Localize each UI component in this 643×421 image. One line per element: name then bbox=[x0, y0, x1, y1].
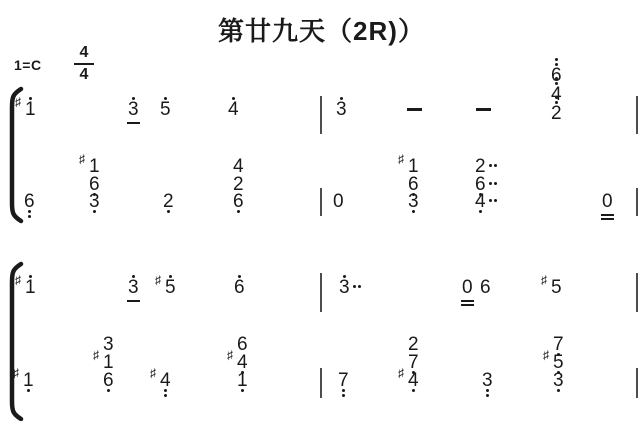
octave-dot-above bbox=[132, 97, 135, 100]
note-6: 6 bbox=[233, 192, 244, 211]
note-number: 6 bbox=[233, 192, 244, 211]
octave-dot-below bbox=[28, 210, 31, 213]
octave-dot-below bbox=[342, 394, 345, 397]
note-number: 3 bbox=[89, 192, 100, 211]
octave-dot-above bbox=[169, 275, 172, 278]
note-number: 3 bbox=[482, 371, 493, 390]
note-number: 1 bbox=[25, 100, 36, 119]
sharp-icon: ♯ bbox=[79, 153, 85, 165]
note-number: 2 bbox=[163, 192, 174, 211]
barline bbox=[320, 96, 322, 134]
sharp-icon: ♯ bbox=[150, 367, 156, 379]
duration-dot bbox=[494, 199, 497, 202]
note-number: 6 bbox=[234, 278, 245, 297]
barline bbox=[636, 188, 638, 216]
note-3: 3 bbox=[408, 192, 419, 211]
note-number: 4 bbox=[228, 100, 239, 119]
duration-dot bbox=[353, 285, 356, 288]
octave-dot-above bbox=[29, 97, 32, 100]
note-number: 5 bbox=[551, 278, 562, 297]
octave-dot-above bbox=[555, 96, 558, 99]
barline bbox=[636, 368, 638, 398]
note-number: 2 bbox=[551, 104, 562, 123]
octave-dot-below bbox=[342, 389, 345, 392]
dash-bar bbox=[476, 108, 491, 111]
octave-dot-above bbox=[555, 77, 558, 80]
note-7: 7 bbox=[338, 371, 349, 390]
barline bbox=[320, 273, 322, 312]
note-number: 7 bbox=[338, 371, 349, 390]
barline bbox=[636, 96, 638, 134]
duration-dot bbox=[494, 164, 497, 167]
octave-dot-above bbox=[343, 275, 346, 278]
note-number: 1 bbox=[25, 278, 36, 297]
note-number: 3 bbox=[336, 100, 347, 119]
sharp-icon: ♯ bbox=[15, 274, 21, 286]
octave-dot-above bbox=[555, 101, 558, 104]
note-number: 3 bbox=[128, 278, 139, 297]
rest-note: 0 bbox=[462, 278, 473, 297]
note-3: 3 bbox=[128, 278, 139, 297]
note-6: 6 bbox=[103, 371, 114, 390]
rest-note: 0 bbox=[602, 192, 613, 211]
note-2: 2 bbox=[163, 192, 174, 211]
octave-dot-below bbox=[164, 389, 167, 392]
note-3: 3 bbox=[482, 371, 493, 390]
duration-dot bbox=[489, 199, 492, 202]
duration-dot bbox=[489, 164, 492, 167]
note-number: 5 bbox=[165, 278, 176, 297]
sharp-icon: ♯ bbox=[13, 367, 19, 379]
sharp-icon: ♯ bbox=[15, 96, 21, 108]
note-number: 6 bbox=[103, 371, 114, 390]
octave-dot-below bbox=[107, 389, 110, 392]
beam-underline bbox=[127, 300, 140, 302]
sharp-icon: ♯ bbox=[398, 153, 404, 165]
note-1: 1♯ bbox=[25, 278, 36, 297]
octave-dot-above bbox=[340, 97, 343, 100]
octave-dot-above bbox=[29, 275, 32, 278]
note-number: 3 bbox=[553, 371, 564, 390]
octave-dot-above bbox=[555, 82, 558, 85]
note-number: 0 bbox=[602, 192, 613, 211]
octave-dot-below bbox=[93, 210, 96, 213]
note-5: 5♯ bbox=[165, 278, 176, 297]
duration-dot bbox=[494, 182, 497, 185]
octave-dot-below bbox=[412, 389, 415, 392]
rest-note: 0 bbox=[333, 192, 344, 211]
sharp-icon: ♯ bbox=[541, 274, 547, 286]
octave-dot-above bbox=[238, 275, 241, 278]
note-number: 4 bbox=[408, 371, 419, 390]
barline bbox=[320, 188, 322, 216]
octave-dot-above bbox=[555, 58, 558, 61]
octave-dot-below bbox=[241, 389, 244, 392]
beam-underline bbox=[601, 214, 614, 216]
duration-dot bbox=[358, 285, 361, 288]
note-number: 6 bbox=[480, 278, 491, 297]
octave-dot-below bbox=[412, 210, 415, 213]
note-1: 1♯ bbox=[23, 371, 34, 390]
duration-dot bbox=[489, 182, 492, 185]
sharp-icon: ♯ bbox=[543, 349, 549, 361]
note-number: 3 bbox=[408, 192, 419, 211]
sharp-icon: ♯ bbox=[155, 274, 161, 286]
note-3: 3 bbox=[339, 278, 350, 297]
octave-dot-above bbox=[132, 275, 135, 278]
dash-bar bbox=[407, 108, 422, 111]
note-1: 1 bbox=[237, 371, 248, 390]
sharp-icon: ♯ bbox=[398, 367, 404, 379]
octave-dot-above bbox=[164, 97, 167, 100]
barline bbox=[320, 368, 322, 398]
sheet-music-page: 第廿九天（2R)） 1=C 4 4 1♯354364261♯63242601♯6… bbox=[0, 0, 643, 421]
note-4: 4 bbox=[228, 100, 239, 119]
beam-underline bbox=[601, 218, 614, 220]
beam-underline bbox=[461, 304, 474, 306]
score-layer: 1♯354364261♯63242601♯6326401♯35♯63065♯1♯… bbox=[0, 0, 643, 421]
octave-dot-above bbox=[555, 63, 558, 66]
note-5: 5 bbox=[160, 100, 171, 119]
note-number: 4 bbox=[160, 371, 171, 390]
note-number: 1 bbox=[237, 371, 248, 390]
note-3: 3 bbox=[89, 192, 100, 211]
beam-underline bbox=[127, 122, 140, 124]
octave-dot-below bbox=[28, 215, 31, 218]
note-4: 4♯ bbox=[408, 371, 419, 390]
octave-dot-below bbox=[486, 389, 489, 392]
note-6: 6 bbox=[234, 278, 245, 297]
note-6: 6 bbox=[480, 278, 491, 297]
note-2: 2 bbox=[551, 104, 562, 123]
octave-dot-above bbox=[232, 97, 235, 100]
note-number: 6 bbox=[24, 192, 35, 211]
octave-dot-below bbox=[237, 210, 240, 213]
beam-underline bbox=[461, 300, 474, 302]
sharp-icon: ♯ bbox=[93, 349, 99, 361]
note-6: 6 bbox=[24, 192, 35, 211]
octave-dot-below bbox=[27, 389, 30, 392]
octave-dot-below bbox=[479, 210, 482, 213]
note-number: 3 bbox=[339, 278, 350, 297]
note-1: 1♯ bbox=[25, 100, 36, 119]
note-number: 4 bbox=[475, 192, 486, 211]
note-3: 3 bbox=[128, 100, 139, 119]
note-4: 4 bbox=[475, 192, 486, 211]
octave-dot-below bbox=[557, 389, 560, 392]
note-number: 3 bbox=[128, 100, 139, 119]
octave-dot-below bbox=[167, 210, 170, 213]
note-number: 1 bbox=[23, 371, 34, 390]
sharp-icon: ♯ bbox=[227, 349, 233, 361]
octave-dot-below bbox=[486, 394, 489, 397]
note-number: 5 bbox=[160, 100, 171, 119]
note-5: 5♯ bbox=[551, 278, 562, 297]
note-4: 4♯ bbox=[160, 371, 171, 390]
note-3: 3 bbox=[553, 371, 564, 390]
octave-dot-below bbox=[164, 394, 167, 397]
note-3: 3 bbox=[336, 100, 347, 119]
barline bbox=[636, 273, 638, 312]
note-number: 0 bbox=[333, 192, 344, 211]
note-number: 0 bbox=[462, 278, 473, 297]
